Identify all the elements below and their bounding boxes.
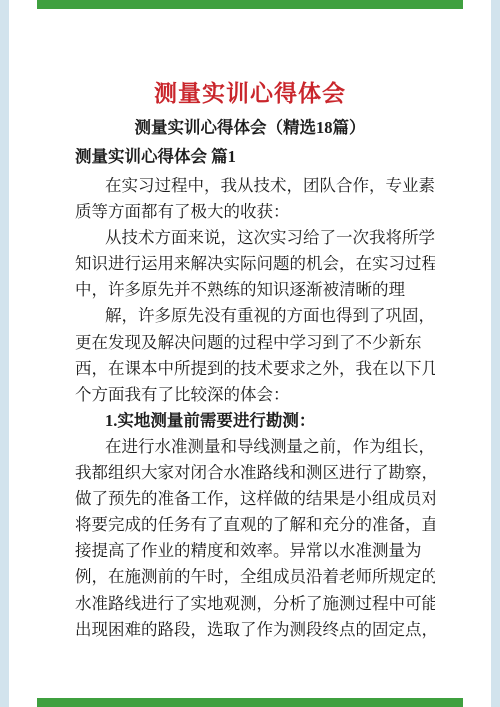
text-line: 解，许多原先没有重视的方面也得到了巩固， (75, 303, 435, 329)
doc-title: 测量实训心得体会 (0, 82, 500, 106)
text-line: 1.实地测量前需要进行勘测： (75, 408, 435, 434)
doc-body: 在实习过程中，我从技术，团队合作，专业素质等方面都有了极大的收获：从技术方面来说… (75, 173, 435, 643)
text-line: 接提高了作业的精度和效率。异常以水准测量为 (75, 538, 435, 564)
text-line: 中，许多原先并不熟练的知识逐渐被清晰的理 (75, 277, 435, 303)
text-line: 出现困难的路段，选取了作为测段终点的固定点， (75, 617, 435, 643)
doc-subtitle: 测量实训心得体会（精选18篇） (0, 118, 500, 138)
text-line: 从技术方面来说，这次实习给了一次我将所学 (75, 225, 435, 251)
text-line: 在进行水准测量和导线测量之前，作为组长， (75, 434, 435, 460)
text-line: 个方面我有了比较深的体会： (75, 382, 435, 408)
text-line: 我都组织大家对闭合水准路线和测区进行了勘察， (75, 460, 435, 486)
text-line: 在实习过程中，我从技术，团队合作，专业素 (75, 173, 435, 199)
text-line: 质等方面都有了极大的收获： (75, 199, 435, 225)
text-line: 做了预先的准备工作，这样做的结果是小组成员对 (75, 486, 435, 512)
page-border-bottom-bar (37, 698, 463, 707)
document-page: { "page": { "background": "#ffffff", "de… (0, 0, 500, 707)
text-line: 知识进行运用来解决实际问题的机会，在实习过程 (75, 251, 435, 277)
text-line: 将要完成的任务有了直观的了解和充分的准备，直 (75, 512, 435, 538)
text-line: 水准路线进行了实地观测，分析了施测过程中可能 (75, 591, 435, 617)
doc-section-heading: 测量实训心得体会 篇1 (75, 147, 500, 167)
text-line: 例，在施测前的午时，全组成员沿着老师所规定的 (75, 564, 435, 590)
document-content: 测量实训心得体会 测量实训心得体会（精选18篇） 测量实训心得体会 篇1 在实习… (0, 0, 500, 643)
text-line: 西，在课本中所提到的技术要求之外，我在以下几 (75, 356, 435, 382)
text-line: 更在发现及解决问题的过程中学习到了不少新东 (75, 330, 435, 356)
